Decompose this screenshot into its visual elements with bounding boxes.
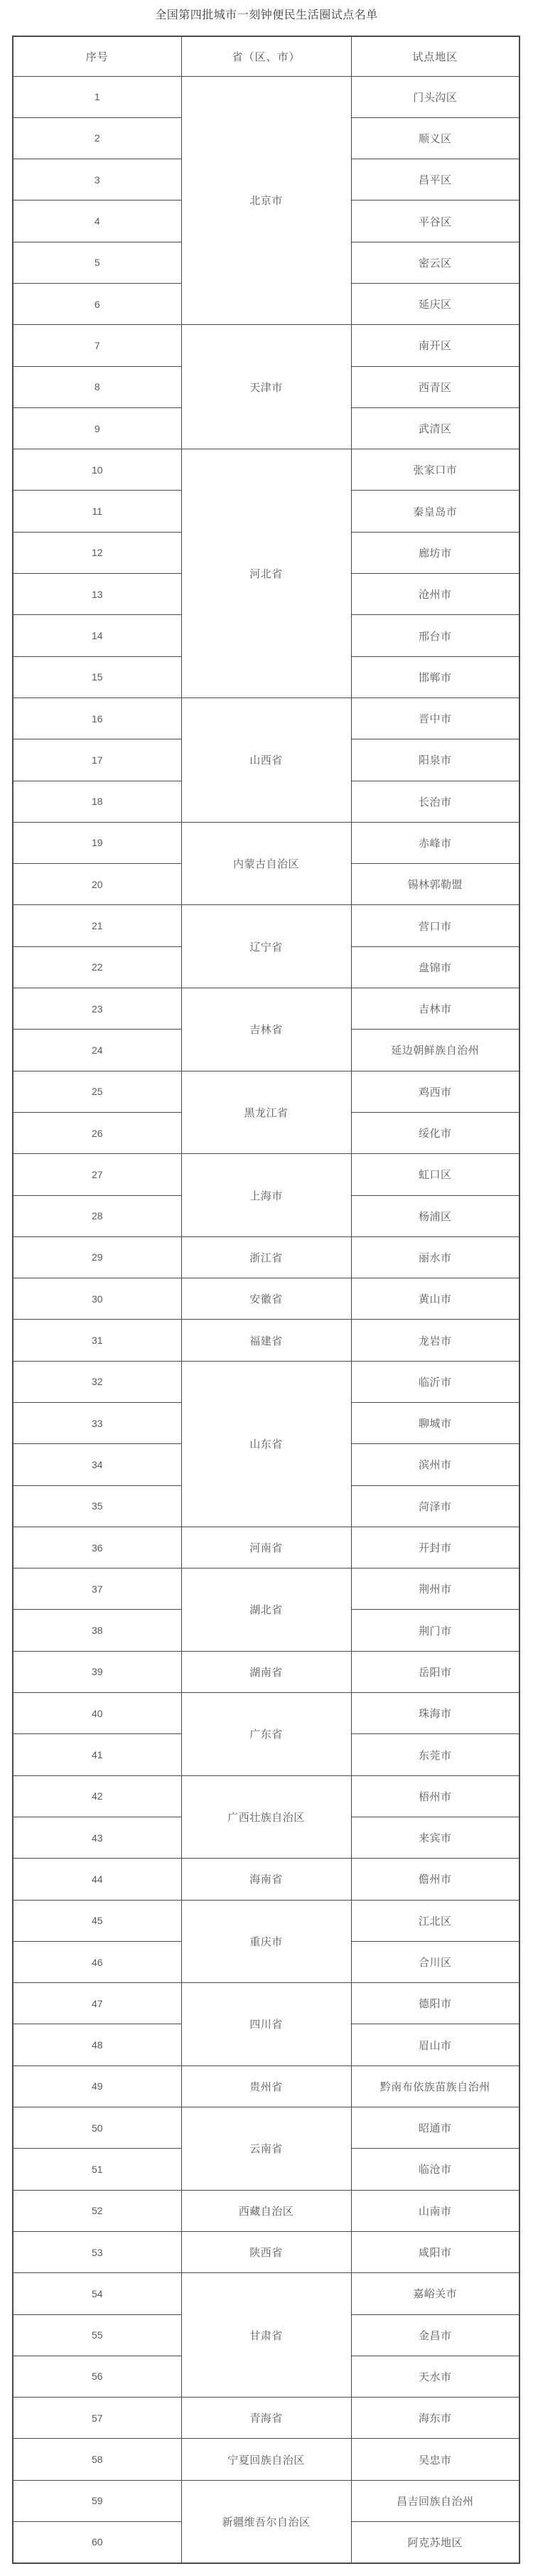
province-cell: 安徽省 (181, 1278, 351, 1320)
pilot-area-cell: 西青区 (351, 366, 519, 407)
pilot-area-cell: 延边朝鲜族自治州 (351, 1030, 519, 1071)
province-cell: 广东省 (181, 1693, 351, 1776)
serial-number-cell: 8 (13, 366, 181, 407)
serial-number-cell: 27 (13, 1154, 181, 1195)
table-row: 54甘肃省嘉峪关市 (13, 2273, 519, 2314)
page-title: 全国第四批城市一刻钟便民生活圈试点名单 (0, 0, 533, 23)
province-cell: 海南省 (181, 1859, 351, 1900)
pilot-area-cell: 咸阳市 (351, 2231, 519, 2272)
pilot-area-cell: 昌吉回族自治州 (351, 2480, 519, 2521)
serial-number-cell: 46 (13, 1941, 181, 1982)
serial-number-cell: 12 (13, 532, 181, 573)
pilot-area-cell: 荆州市 (351, 1568, 519, 1610)
province-cell: 天津市 (181, 325, 351, 449)
pilot-area-cell: 顺义区 (351, 117, 519, 159)
serial-number-cell: 39 (13, 1651, 181, 1692)
serial-number-cell: 59 (13, 2480, 181, 2521)
pilot-area-cell: 聊城市 (351, 1403, 519, 1444)
province-cell: 辽宁省 (181, 905, 351, 988)
province-cell: 河南省 (181, 1527, 351, 1568)
serial-number-cell: 2 (13, 117, 181, 159)
table-row: 25黑龙江省鸡西市 (13, 1071, 519, 1112)
serial-number-cell: 14 (13, 615, 181, 656)
pilot-area-cell: 丽水市 (351, 1236, 519, 1278)
province-cell: 广西壮族自治区 (181, 1775, 351, 1859)
table-row: 29浙江省丽水市 (13, 1236, 519, 1278)
table-header-row: 序号 省（区、市） 试点地区 (13, 36, 519, 76)
serial-number-cell: 40 (13, 1693, 181, 1734)
table-row: 7天津市南开区 (13, 325, 519, 366)
province-cell: 湖北省 (181, 1568, 351, 1652)
table-row: 39湖南省岳阳市 (13, 1651, 519, 1692)
pilot-area-cell: 黄山市 (351, 1278, 519, 1320)
table-row: 58宁夏回族自治区吴忠市 (13, 2439, 519, 2480)
serial-number-cell: 11 (13, 491, 181, 532)
table-row: 45重庆市江北区 (13, 1900, 519, 1941)
pilot-area-cell: 邢台市 (351, 615, 519, 656)
pilot-area-cell: 合川区 (351, 1941, 519, 1982)
table-row: 31福建省龙岩市 (13, 1320, 519, 1361)
province-cell: 宁夏回族自治区 (181, 2439, 351, 2480)
serial-number-cell: 57 (13, 2398, 181, 2439)
serial-number-cell: 41 (13, 1734, 181, 1775)
pilot-area-cell: 武清区 (351, 407, 519, 449)
province-cell: 浙江省 (181, 1236, 351, 1278)
pilot-area-cell: 阳泉市 (351, 739, 519, 781)
pilot-area-cell: 沧州市 (351, 574, 519, 615)
pilot-area-cell: 绥化市 (351, 1112, 519, 1153)
table-row: 37湖北省荆州市 (13, 1568, 519, 1610)
serial-number-cell: 50 (13, 2107, 181, 2149)
serial-number-cell: 58 (13, 2439, 181, 2480)
pilot-area-cell: 盘锦市 (351, 946, 519, 988)
pilot-area-cell: 临沂市 (351, 1361, 519, 1402)
col-header-province: 省（区、市） (181, 36, 351, 76)
pilot-area-cell: 开封市 (351, 1527, 519, 1568)
table-row: 27上海市虹口区 (13, 1154, 519, 1195)
table-row: 32山东省临沂市 (13, 1361, 519, 1402)
pilot-area-cell: 儋州市 (351, 1859, 519, 1900)
province-cell: 西藏自治区 (181, 2190, 351, 2231)
table-row: 57青海省海东市 (13, 2398, 519, 2439)
serial-number-cell: 13 (13, 574, 181, 615)
serial-number-cell: 34 (13, 1444, 181, 1485)
pilot-area-cell: 黔南布依族苗族自治州 (351, 2065, 519, 2107)
pilot-area-cell: 杨浦区 (351, 1195, 519, 1236)
serial-number-cell: 17 (13, 739, 181, 781)
serial-number-cell: 25 (13, 1071, 181, 1112)
pilot-area-cell: 眉山市 (351, 2024, 519, 2065)
table-row: 52西藏自治区山南市 (13, 2190, 519, 2231)
pilot-area-cell: 邯郸市 (351, 656, 519, 698)
pilot-area-cell: 昭通市 (351, 2107, 519, 2149)
province-cell: 北京市 (181, 76, 351, 325)
table-row: 36河南省开封市 (13, 1527, 519, 1568)
pilot-area-cell: 珠海市 (351, 1693, 519, 1734)
serial-number-cell: 45 (13, 1900, 181, 1941)
pilot-area-cell: 嘉峪关市 (351, 2273, 519, 2314)
serial-number-cell: 38 (13, 1610, 181, 1651)
pilot-area-cell: 赤峰市 (351, 822, 519, 863)
province-cell: 陕西省 (181, 2231, 351, 2272)
serial-number-cell: 6 (13, 283, 181, 324)
serial-number-cell: 3 (13, 159, 181, 201)
table-row: 44海南省儋州市 (13, 1859, 519, 1900)
pilot-area-cell: 南开区 (351, 325, 519, 366)
serial-number-cell: 21 (13, 905, 181, 946)
serial-number-cell: 32 (13, 1361, 181, 1402)
serial-number-cell: 36 (13, 1527, 181, 1568)
serial-number-cell: 47 (13, 1983, 181, 2024)
serial-number-cell: 20 (13, 864, 181, 905)
serial-number-cell: 9 (13, 407, 181, 449)
province-cell: 福建省 (181, 1320, 351, 1361)
pilot-area-cell: 阿克苏地区 (351, 2522, 519, 2563)
serial-number-cell: 51 (13, 2149, 181, 2190)
serial-number-cell: 29 (13, 1236, 181, 1278)
col-header-pilot-area: 试点地区 (351, 36, 519, 76)
pilot-area-cell: 廊坊市 (351, 532, 519, 573)
pilot-area-cell: 山南市 (351, 2190, 519, 2231)
serial-number-cell: 24 (13, 1030, 181, 1071)
serial-number-cell: 28 (13, 1195, 181, 1236)
pilot-area-cell: 鸡西市 (351, 1071, 519, 1112)
serial-number-cell: 18 (13, 781, 181, 822)
serial-number-cell: 31 (13, 1320, 181, 1361)
province-cell: 新疆维吾尔自治区 (181, 2480, 351, 2563)
province-cell: 山东省 (181, 1361, 351, 1527)
serial-number-cell: 60 (13, 2522, 181, 2563)
table-row: 16山西省晋中市 (13, 698, 519, 739)
serial-number-cell: 7 (13, 325, 181, 366)
province-cell: 贵州省 (181, 2065, 351, 2107)
table-row: 23吉林省吉林市 (13, 988, 519, 1030)
pilot-area-cell: 龙岩市 (351, 1320, 519, 1361)
serial-number-cell: 22 (13, 946, 181, 988)
pilot-area-cell: 东莞市 (351, 1734, 519, 1775)
pilot-area-cell: 门头沟区 (351, 76, 519, 117)
table-row: 50云南省昭通市 (13, 2107, 519, 2149)
serial-number-cell: 52 (13, 2190, 181, 2231)
serial-number-cell: 48 (13, 2024, 181, 2065)
serial-number-cell: 26 (13, 1112, 181, 1153)
table-row: 49贵州省黔南布依族苗族自治州 (13, 2065, 519, 2107)
pilot-area-cell: 吴忠市 (351, 2439, 519, 2480)
table-row: 19内蒙古自治区赤峰市 (13, 822, 519, 863)
pilot-area-cell: 虹口区 (351, 1154, 519, 1195)
pilot-area-cell: 临沧市 (351, 2149, 519, 2190)
pilot-area-cell: 来宾市 (351, 1817, 519, 1858)
serial-number-cell: 42 (13, 1775, 181, 1817)
pilot-area-cell: 海东市 (351, 2398, 519, 2439)
province-cell: 四川省 (181, 1983, 351, 2066)
pilot-list-table: 序号 省（区、市） 试点地区 1北京市门头沟区2顺义区3昌平区4平谷区5密云区6… (12, 36, 520, 2564)
pilot-area-cell: 营口市 (351, 905, 519, 946)
pilot-area-cell: 吉林市 (351, 988, 519, 1030)
pilot-area-cell: 天水市 (351, 2356, 519, 2397)
serial-number-cell: 16 (13, 698, 181, 739)
table-row: 53陕西省咸阳市 (13, 2231, 519, 2272)
pilot-area-cell: 德阳市 (351, 1983, 519, 2024)
serial-number-cell: 10 (13, 449, 181, 491)
pilot-area-cell: 昌平区 (351, 159, 519, 201)
serial-number-cell: 43 (13, 1817, 181, 1858)
serial-number-cell: 33 (13, 1403, 181, 1444)
serial-number-cell: 4 (13, 201, 181, 242)
pilot-area-cell: 梧州市 (351, 1775, 519, 1817)
table-row: 59新疆维吾尔自治区昌吉回族自治州 (13, 2480, 519, 2521)
serial-number-cell: 55 (13, 2314, 181, 2356)
table-row: 1北京市门头沟区 (13, 76, 519, 117)
province-cell: 内蒙古自治区 (181, 822, 351, 905)
serial-number-cell: 53 (13, 2231, 181, 2272)
province-cell: 甘肃省 (181, 2273, 351, 2398)
serial-number-cell: 54 (13, 2273, 181, 2314)
serial-number-cell: 19 (13, 822, 181, 863)
province-cell: 河北省 (181, 449, 351, 698)
serial-number-cell: 5 (13, 242, 181, 283)
province-cell: 上海市 (181, 1154, 351, 1237)
table-row: 42广西壮族自治区梧州市 (13, 1775, 519, 1817)
pilot-area-cell: 密云区 (351, 242, 519, 283)
serial-number-cell: 56 (13, 2356, 181, 2397)
province-cell: 青海省 (181, 2398, 351, 2439)
table-row: 47四川省德阳市 (13, 1983, 519, 2024)
col-header-serial-number: 序号 (13, 36, 181, 76)
serial-number-cell: 15 (13, 656, 181, 698)
pilot-area-cell: 菏泽市 (351, 1485, 519, 1527)
pilot-area-cell: 岳阳市 (351, 1651, 519, 1692)
pilot-area-cell: 延庆区 (351, 283, 519, 324)
pilot-area-cell: 晋中市 (351, 698, 519, 739)
table-body: 1北京市门头沟区2顺义区3昌平区4平谷区5密云区6延庆区7天津市南开区8西青区9… (13, 76, 519, 2563)
serial-number-cell: 30 (13, 1278, 181, 1320)
province-cell: 湖南省 (181, 1651, 351, 1692)
pilot-area-cell: 秦皇岛市 (351, 491, 519, 532)
serial-number-cell: 23 (13, 988, 181, 1030)
page: { "title": "全国第四批城市一刻钟便民生活圈试点名单", "color… (0, 0, 533, 2576)
pilot-area-cell: 张家口市 (351, 449, 519, 491)
pilot-area-cell: 荆门市 (351, 1610, 519, 1651)
province-cell: 吉林省 (181, 988, 351, 1071)
pilot-area-cell: 金昌市 (351, 2314, 519, 2356)
pilot-area-cell: 锡林郭勒盟 (351, 864, 519, 905)
pilot-area-cell: 平谷区 (351, 201, 519, 242)
province-cell: 云南省 (181, 2107, 351, 2191)
serial-number-cell: 35 (13, 1485, 181, 1527)
pilot-area-cell: 江北区 (351, 1900, 519, 1941)
province-cell: 重庆市 (181, 1900, 351, 1983)
table-row: 40广东省珠海市 (13, 1693, 519, 1734)
serial-number-cell: 49 (13, 2065, 181, 2107)
province-cell: 山西省 (181, 698, 351, 822)
serial-number-cell: 37 (13, 1568, 181, 1610)
province-cell: 黑龙江省 (181, 1071, 351, 1154)
pilot-area-cell: 滨州市 (351, 1444, 519, 1485)
table-row: 10河北省张家口市 (13, 449, 519, 491)
serial-number-cell: 44 (13, 1859, 181, 1900)
table-row: 21辽宁省营口市 (13, 905, 519, 946)
serial-number-cell: 1 (13, 76, 181, 117)
pilot-area-cell: 长治市 (351, 781, 519, 822)
table-row: 30安徽省黄山市 (13, 1278, 519, 1320)
